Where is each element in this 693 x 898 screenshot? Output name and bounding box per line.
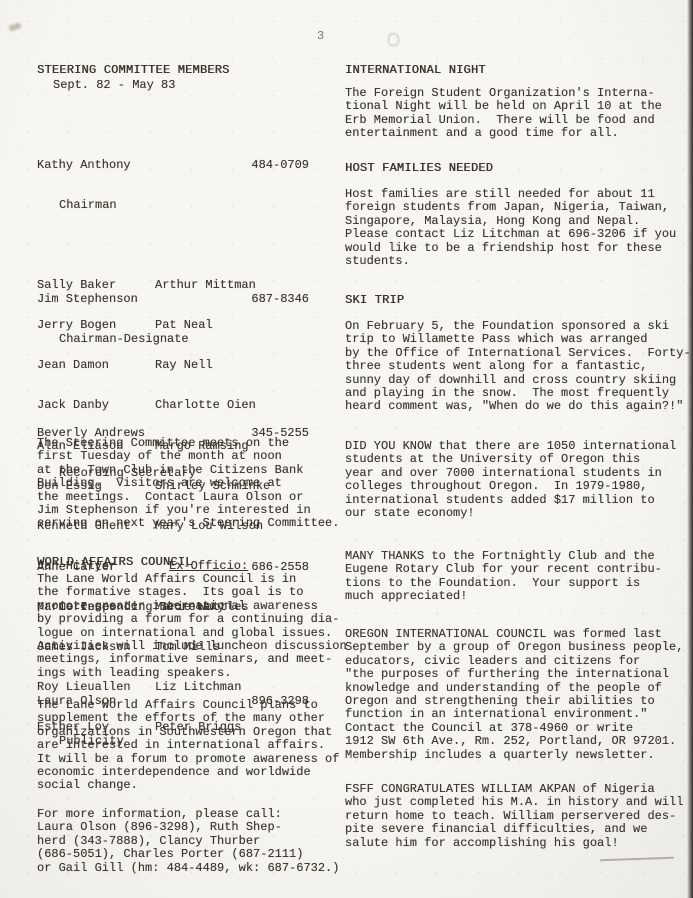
world-affairs-para1: The Lane World Affairs Council is in the… <box>37 573 347 680</box>
officer-name: Kathy Anthony <box>37 159 131 172</box>
host-families-body: Host families are still needed for about… <box>345 188 676 268</box>
member-row: Jerry BogenPat Neal <box>37 319 270 332</box>
officer-entry: Kathy Anthony484-0709 Chairman <box>37 132 309 239</box>
international-night-heading: INTERNATIONAL NIGHT <box>345 64 486 77</box>
member-row: Jack DanbyCharlotte Oien <box>37 399 270 412</box>
did-you-know-para: DID YOU KNOW that there are 1050 interna… <box>345 440 676 520</box>
international-night-body: The Foreign Student Organization's Inter… <box>345 87 662 141</box>
world-affairs-heading: WORLD AFFAIRS COUNCIL <box>37 556 192 569</box>
steering-meeting-note: The Steering Committee meets on the firs… <box>37 437 339 531</box>
host-families-heading: HOST FAMILIES NEEDED <box>345 162 493 175</box>
world-affairs-contact: For more information, please call: Laura… <box>37 808 339 875</box>
member-row: Sally BakerArthur Mittman <box>37 279 270 292</box>
oregon-council-para: OREGON INTERNATIONAL COUNCIL was formed … <box>345 628 683 762</box>
world-affairs-para2: The Lane World Affairs Council plans to … <box>37 699 339 793</box>
ski-trip-body: On February 5, the Foundation sponsored … <box>345 320 691 414</box>
ski-trip-heading: SKI TRIP <box>345 294 404 307</box>
scan-ghost-mark <box>388 33 399 46</box>
scan-smudge <box>600 857 674 862</box>
member-row: Jean DamonRay Nell <box>37 359 270 372</box>
page-number: 3 <box>317 30 324 43</box>
scan-smudge <box>8 22 21 31</box>
member-row: Roy LieuallenLiz Litchman <box>37 681 270 694</box>
fsff-congratulates-para: FSFF CONGRATULATES WILLIAM AKPAN of Nige… <box>345 783 683 850</box>
many-thanks-para: MANY THANKS to the Fortnightly Club and … <box>345 550 662 604</box>
officer-phone: 484-0709 <box>251 159 309 172</box>
officer-role: Chairman <box>37 199 309 212</box>
scan-edge-shadow <box>687 0 693 898</box>
steering-committee-dates: Sept. 82 - May 83 <box>53 79 175 92</box>
scanned-newsletter-page: { "page": { "number": "3" }, "left_colum… <box>0 0 693 898</box>
steering-committee-heading: STEERING COMMITTEE MEMBERS <box>37 64 229 77</box>
